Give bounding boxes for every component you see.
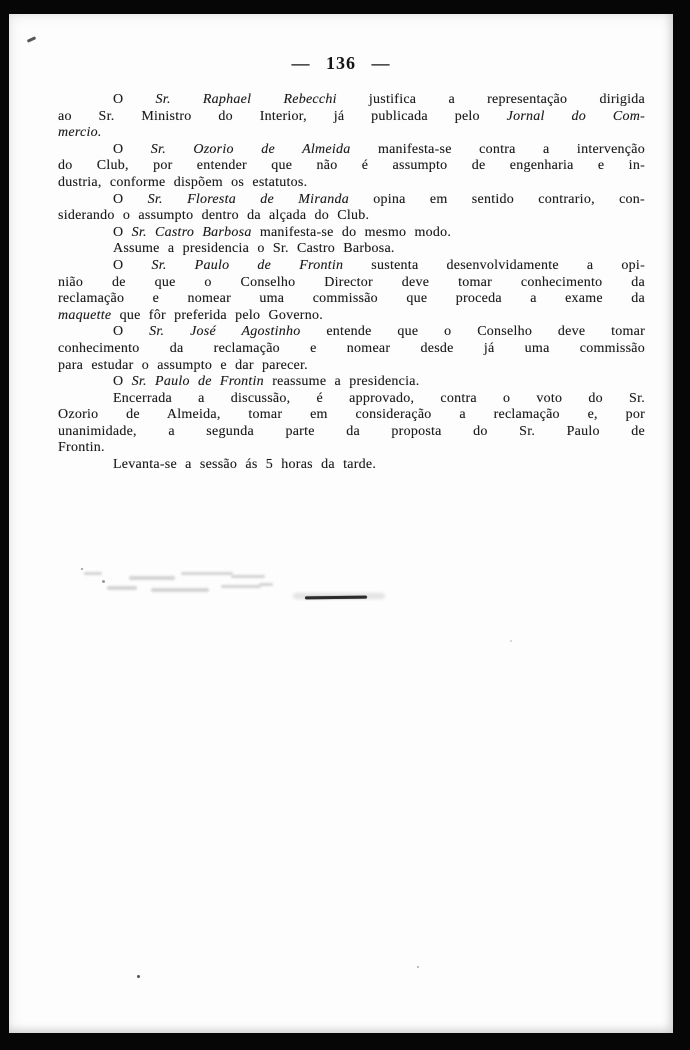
text-segment: entende que o Conselho deve tomar (301, 324, 645, 339)
text-segment: que fôr preferida pelo Governo. (111, 308, 323, 323)
text-segment: Encerrada a discussão, é approvado, cont… (113, 391, 645, 406)
minutes-text: O Sr. Raphael Rebecchi justifica a repre… (58, 92, 645, 474)
text-segment: sustenta desenvolvidamente a opi- (343, 258, 645, 273)
text-segment: do Club, por entender que não é assumpto… (58, 158, 645, 173)
text-line: O Sr. Floresta de Miranda opina em senti… (58, 192, 645, 209)
text-segment: manifesta-se do mesmo modo. (252, 225, 452, 240)
text-segment: O (113, 225, 132, 240)
text-segment: siderando o assumpto dentro da alçada do… (58, 208, 369, 223)
text-segment: O (113, 324, 149, 339)
text-line: nião de que o Conselho Director deve tom… (58, 275, 645, 292)
text-line: reclamação e nomear uma commissão que pr… (58, 291, 645, 308)
italic-text-segment: Sr. Castro Barbosa (132, 225, 252, 240)
text-segment: justifica a representação dirigida (337, 92, 645, 107)
dust-speck (510, 640, 512, 642)
text-line: O Sr. Paulo de Frontin sustenta desenvol… (58, 258, 645, 275)
text-segment: O (113, 192, 148, 207)
page-number: — 136 — (9, 53, 673, 74)
text-line: Encerrada a discussão, é approvado, cont… (58, 391, 645, 408)
text-segment: nião de que o Conselho Director deve tom… (58, 275, 645, 290)
text-line: maquette que fôr preferida pelo Governo. (58, 308, 645, 325)
dust-speck (417, 966, 419, 968)
text-line: do Club, por entender que não é assumpto… (58, 158, 645, 175)
italic-text-segment: mercio. (58, 125, 102, 140)
text-segment: Assume a presidencia o Sr. Castro Barbos… (113, 241, 395, 256)
text-line: Assume a presidencia o Sr. Castro Barbos… (58, 241, 645, 258)
text-segment: para estudar o assumpto e dar parecer. (58, 358, 308, 373)
text-segment: O (113, 142, 151, 157)
text-segment: opina em sentido contrario, con- (349, 192, 645, 207)
text-line: para estudar o assumpto e dar parecer. (58, 358, 645, 375)
text-segment: dustria, conforme dispõem os estatutos. (58, 175, 307, 190)
text-segment: conhecimento da reclamação e nomear desd… (58, 341, 645, 356)
italic-text-segment: maquette (58, 308, 111, 323)
italic-text-segment: Jornal do Com- (507, 109, 645, 124)
scanned-document-screenshot: { "page": { "number": "136", "header_dis… (0, 0, 690, 1050)
text-line: O Sr. Paulo de Frontin reassume a presid… (58, 374, 645, 391)
text-segment: ao Sr. Ministro do Interior, já publicad… (58, 109, 507, 124)
text-segment: manifesta-se contra a intervenção (351, 142, 645, 157)
text-segment: Levanta-se a sessão ás 5 horas da tarde. (113, 457, 376, 472)
document-page: — 136 — O Sr. Raphael Rebecchi justifica… (9, 14, 673, 1033)
italic-text-segment: Sr. José Agostinho (149, 324, 300, 339)
text-line: unanimidade, a segunda parte da proposta… (58, 424, 645, 441)
text-line: dustria, conforme dispõem os estatutos. (58, 175, 645, 192)
italic-text-segment: Sr. Floresta de Miranda (148, 192, 349, 207)
text-line: Levanta-se a sessão ás 5 horas da tarde. (58, 457, 645, 474)
italic-text-segment: Sr. Paulo de Frontin (151, 258, 343, 273)
text-line: O Sr. Castro Barbosa manifesta-se do mes… (58, 225, 645, 242)
text-line: Ozorio de Almeida, tomar em consideração… (58, 407, 645, 424)
text-segment: O (113, 374, 132, 389)
italic-text-segment: Sr. Paulo de Frontin (132, 374, 264, 389)
italic-text-segment: Sr. Raphael Rebecchi (156, 92, 337, 107)
italic-text-segment: Sr. Ozorio de Almeida (151, 142, 351, 157)
text-line: O Sr. Raphael Rebecchi justifica a repre… (58, 92, 645, 109)
dust-speck (137, 975, 140, 978)
text-line: siderando o assumpto dentro da alçada do… (58, 208, 645, 225)
corner-ink-speck (27, 36, 36, 43)
text-segment: unanimidade, a segunda parte da proposta… (58, 424, 645, 439)
text-line: ao Sr. Ministro do Interior, já publicad… (58, 109, 645, 126)
text-segment: O (113, 258, 151, 273)
text-segment: Ozorio de Almeida, tomar em consideração… (58, 407, 645, 422)
text-line: O Sr. Ozorio de Almeida manifesta-se con… (58, 142, 645, 159)
text-segment: reassume a presidencia. (264, 374, 420, 389)
text-line: O Sr. José Agostinho entende que o Conse… (58, 324, 645, 341)
text-line: conhecimento da reclamação e nomear desd… (58, 341, 645, 358)
text-line: Frontin. (58, 440, 645, 457)
text-segment: reclamação e nomear uma commissão que pr… (58, 291, 645, 306)
text-segment: Frontin. (58, 440, 105, 455)
text-line: mercio. (58, 125, 645, 142)
text-segment: O (113, 92, 156, 107)
